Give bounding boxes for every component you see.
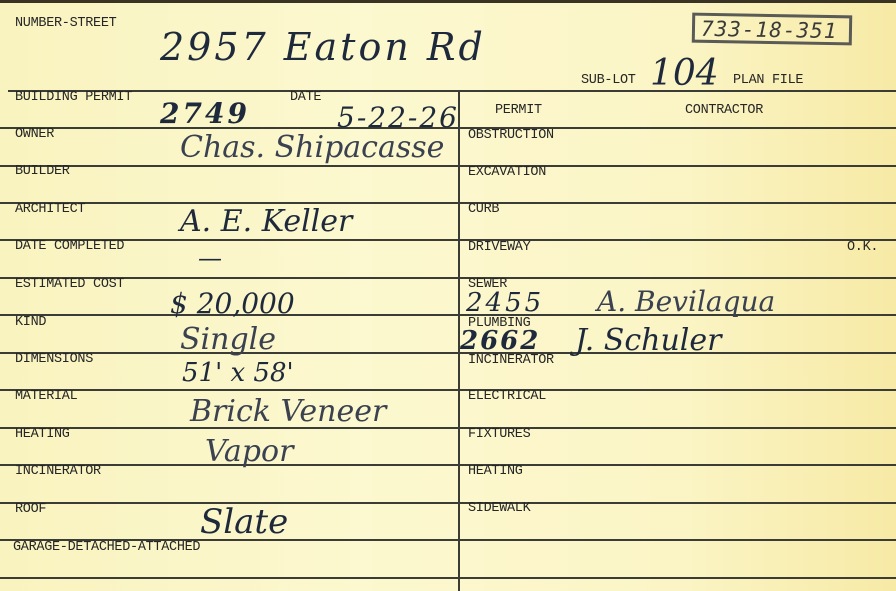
building-permit-value: 2749	[160, 100, 250, 128]
rule	[0, 277, 896, 279]
date-completed-label: DATE COMPLETED	[15, 240, 124, 254]
estimated-cost-value: $ 20,000	[170, 290, 295, 318]
card-top-edge	[0, 0, 896, 3]
estimated-cost-label: ESTIMATED COST	[15, 278, 124, 292]
architect-value: A. E. Keller	[180, 207, 352, 237]
material-label: MATERIAL	[15, 390, 77, 404]
dimensions-value: 51' x 58'	[182, 360, 294, 386]
roof-label: ROOF	[15, 503, 46, 517]
plan-file-label: PLAN FILE	[733, 74, 803, 88]
obstruction-label: OBSTRUCTION	[468, 129, 554, 143]
roof-value: Slate	[200, 505, 288, 539]
rule	[8, 90, 896, 92]
incinerator-permit-label: INCINERATOR	[468, 354, 554, 368]
contractor-column-header: CONTRACTOR	[685, 104, 763, 118]
heating-permit-label: HEATING	[468, 465, 523, 479]
rule	[0, 165, 896, 167]
sub-lot-value: 104	[650, 56, 719, 92]
rule	[0, 427, 896, 429]
permit-card: NUMBER-STREET 2957 Eaton Rd 733-18-351 S…	[0, 0, 896, 591]
owner-label: OWNER	[15, 128, 54, 142]
garage-label: GARAGE-DETACHED-ATTACHED	[13, 541, 200, 555]
rule	[0, 464, 896, 466]
material-value: Brick Veneer	[190, 397, 386, 427]
driveway-label: DRIVEWAY	[468, 241, 530, 255]
dimensions-label: DIMENSIONS	[15, 353, 93, 367]
permit-column-header: PERMIT	[495, 104, 542, 118]
owner-value: Chas. Shipacasse	[180, 133, 444, 163]
building-permit-label: BUILDING PERMIT	[15, 91, 132, 105]
sub-lot-label: SUB-LOT	[581, 74, 636, 88]
date-completed-value: —	[198, 246, 222, 270]
excavation-label: EXCAVATION	[468, 166, 546, 180]
rule	[0, 577, 896, 579]
builder-label: BUILDER	[15, 165, 70, 179]
sewer-permit-value: 2455	[466, 290, 544, 316]
rule	[0, 352, 896, 354]
rule	[0, 389, 896, 391]
architect-label: ARCHITECT	[15, 203, 85, 217]
stamp-number: 733-18-351	[701, 17, 838, 43]
rule	[0, 202, 896, 204]
number-street-label: NUMBER-STREET	[15, 17, 116, 31]
stamp-number-box: 733-18-351	[692, 13, 852, 46]
incinerator-label: INCINERATOR	[15, 465, 101, 479]
sewer-contractor-value: A. Bevilaqua	[597, 288, 775, 316]
heating-value: Vapor	[205, 437, 293, 467]
rule	[0, 239, 896, 241]
kind-label: KIND	[15, 316, 46, 330]
plumbing-contractor-value: J. Schuler	[575, 326, 721, 356]
heating-label: HEATING	[15, 428, 70, 442]
curb-label: CURB	[468, 203, 499, 217]
rule	[0, 502, 896, 504]
plumbing-permit-value: 2662	[460, 328, 540, 354]
number-street-value: 2957 Eaton Rd	[160, 28, 486, 66]
date-label: DATE	[290, 91, 321, 105]
sidewalk-label: SIDEWALK	[468, 502, 530, 516]
fixtures-label: FIXTURES	[468, 428, 530, 442]
driveway-note: O.K.	[847, 241, 878, 255]
kind-value: Single	[180, 325, 276, 355]
date-value: 5-22-26	[337, 104, 459, 132]
electrical-label: ELECTRICAL	[468, 390, 546, 404]
